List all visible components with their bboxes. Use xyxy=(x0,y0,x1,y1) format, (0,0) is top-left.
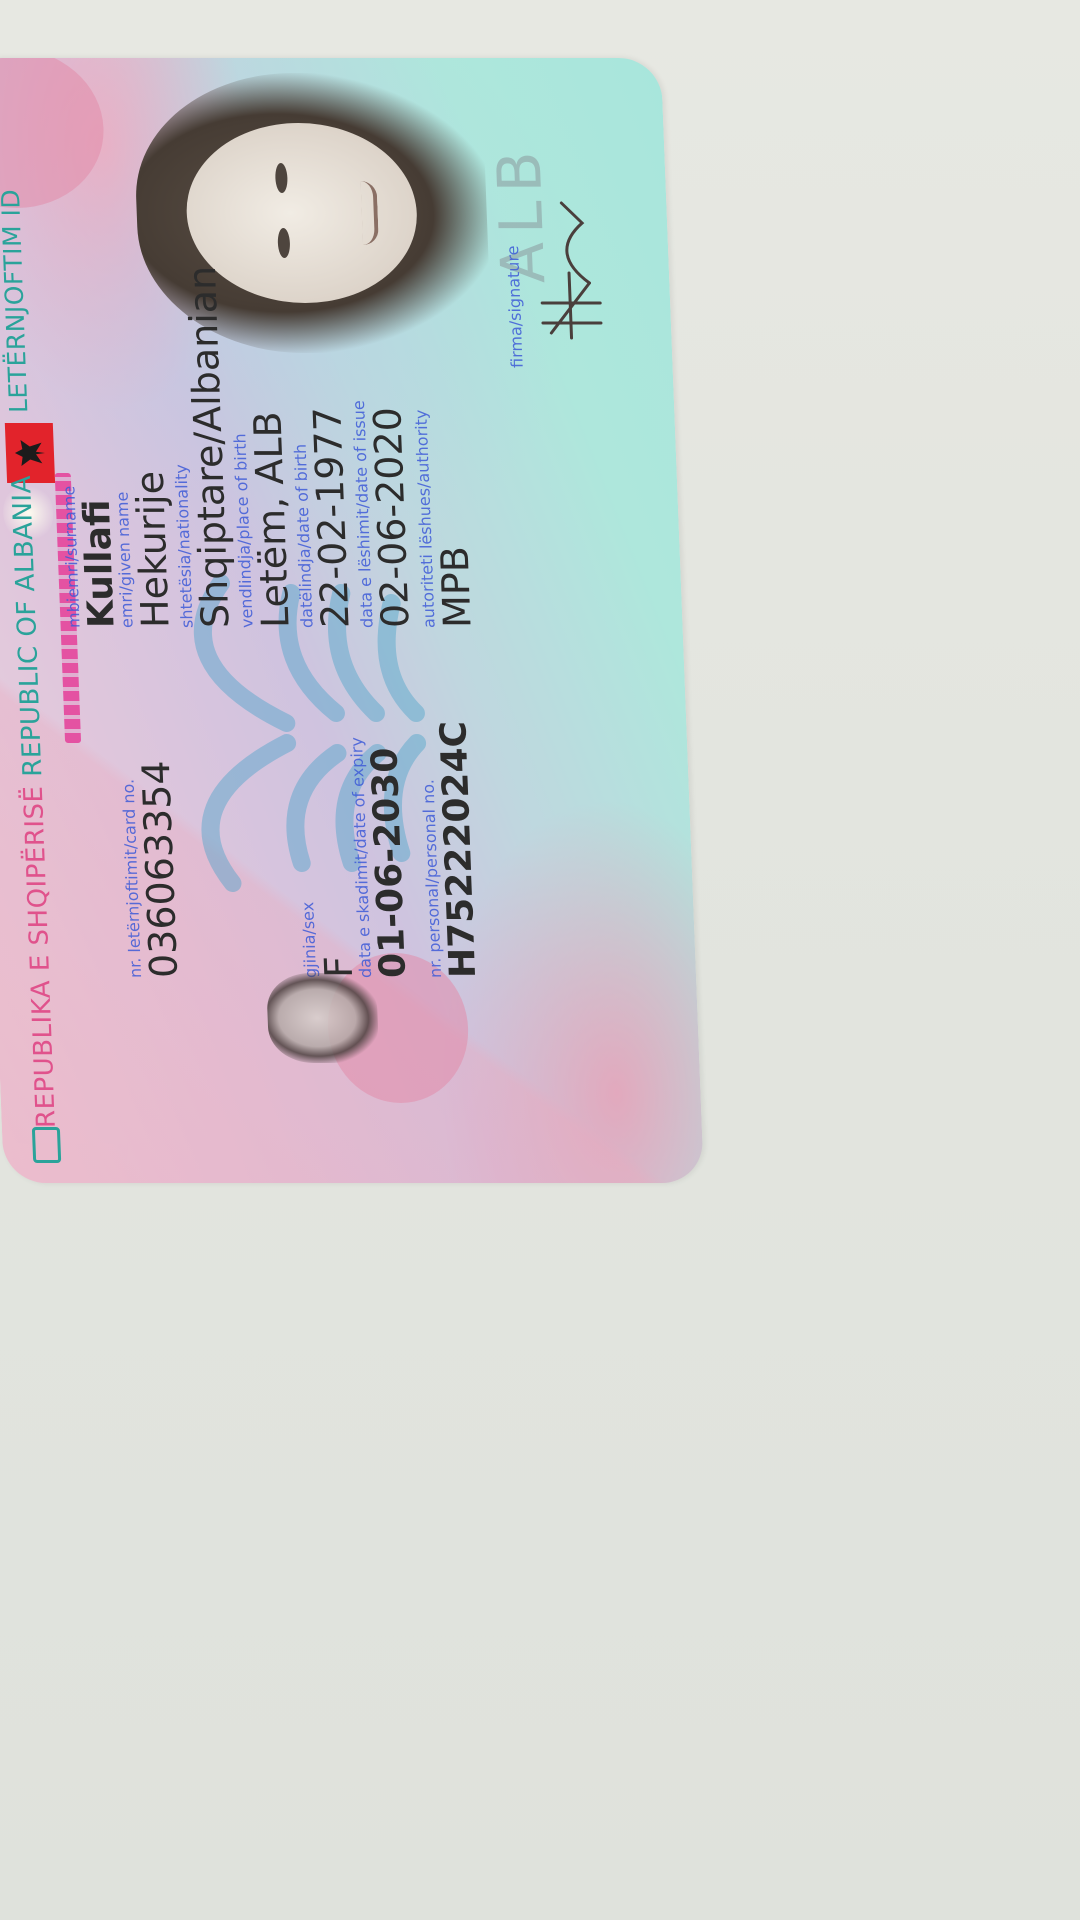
card-type-title: LETËRNJOFTIM ID xyxy=(0,189,33,413)
field-personal-number: nr. personal/personal no. H75222024C xyxy=(416,721,483,978)
field-given-name: emri/given name Hekurije xyxy=(112,471,177,628)
field-date-of-issue: data e lëshimit/date of issue 02-06-2020 xyxy=(349,400,417,628)
field-date-of-birth: datëlindja/date of birth 22-02-1977 xyxy=(289,407,356,628)
contactless-chip-icon xyxy=(32,1127,61,1163)
field-authority: autoriteti lëshues/authority MPB xyxy=(411,410,478,628)
field-card-number: nr. letërnjoftimit/card no. 036063354 xyxy=(118,760,185,978)
albanian-flag-icon xyxy=(5,423,55,483)
country-header: REPUBLIKA E SHQIPËRISË REPUBLIC OF ALBAN… xyxy=(7,475,62,1128)
ghost-portrait xyxy=(266,973,379,1063)
id-card: LETËRNJOFTIM ID REPUBLIKA E SHQIPËRISË R… xyxy=(0,58,704,1183)
field-date-of-expiry: data e skadimit/date of expiry 01-06-203… xyxy=(347,737,413,978)
holder-portrait xyxy=(61,63,493,363)
field-sex: gjinia/sex F xyxy=(298,902,360,978)
field-nationality: shtetësia/nationality Shqiptare/Albanian xyxy=(164,266,237,628)
field-place-of-birth: vendlindja/place of birth Letëm, ALB xyxy=(229,411,296,628)
scene: LETËRNJOFTIM ID REPUBLIKA E SHQIPËRISË R… xyxy=(0,55,880,1180)
signature-icon xyxy=(526,193,612,343)
